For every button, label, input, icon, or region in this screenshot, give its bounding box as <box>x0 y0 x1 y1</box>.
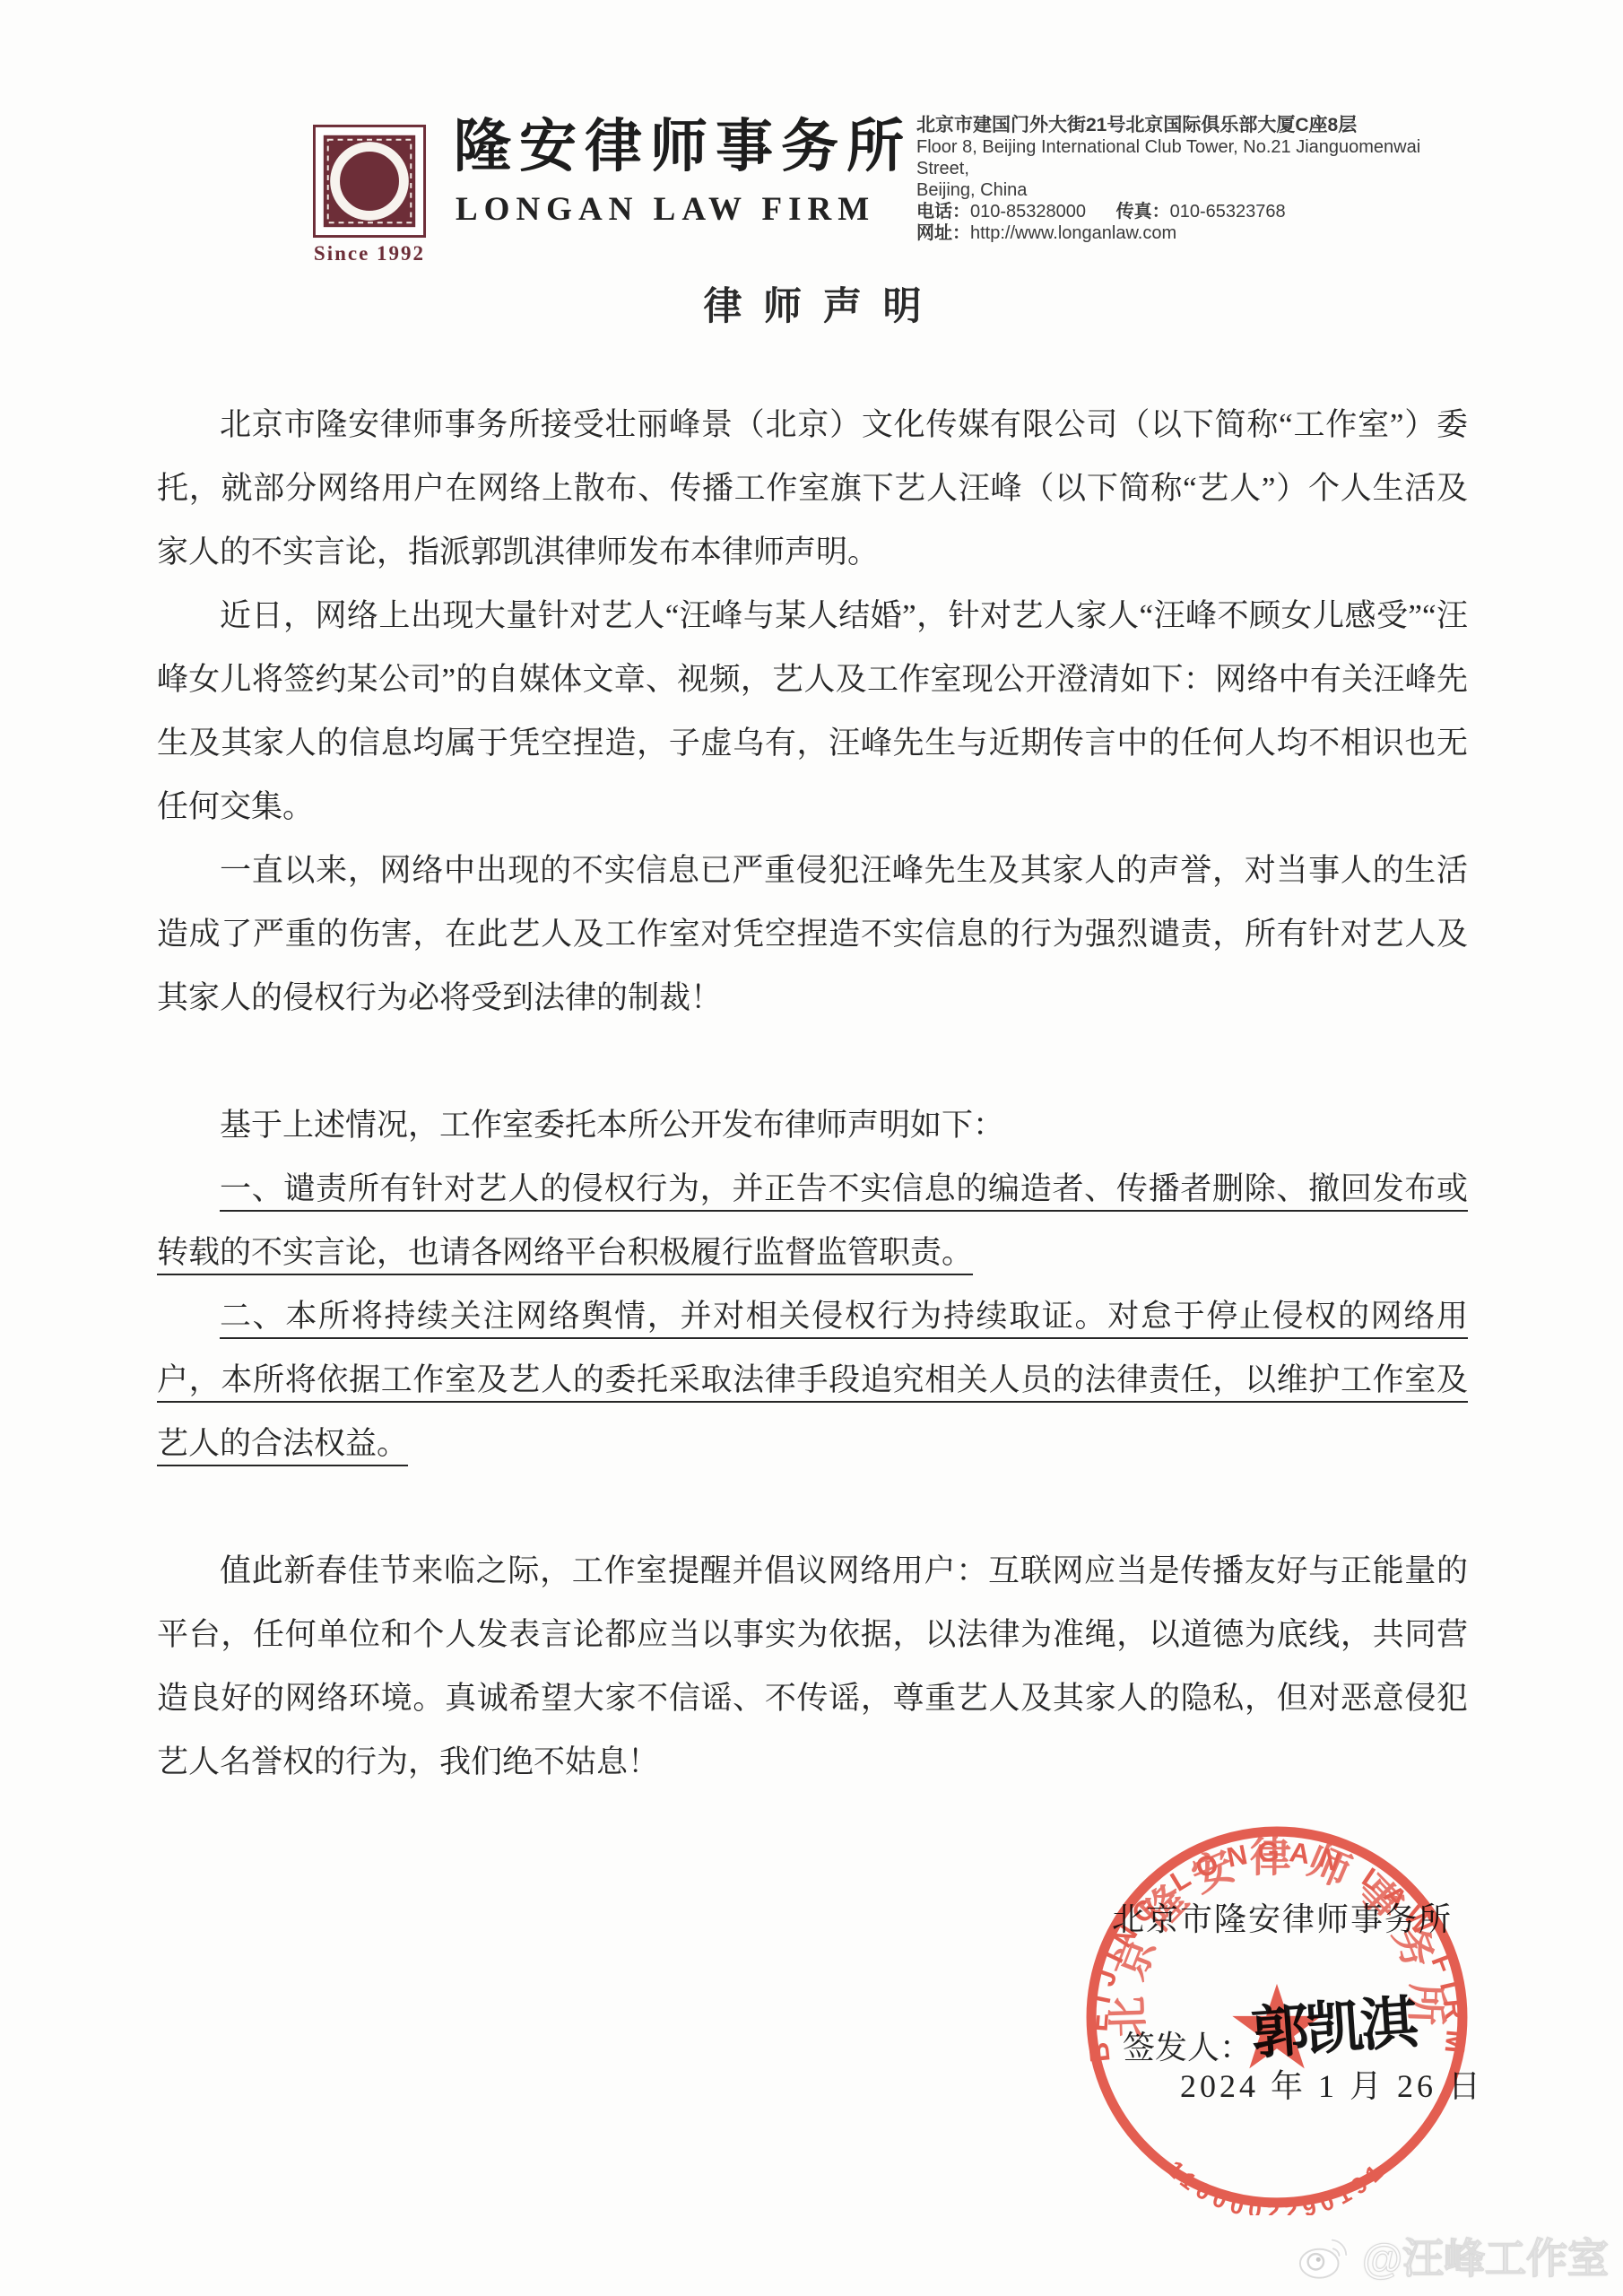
website-label: 网址： <box>916 223 970 243</box>
firm-logo-icon <box>312 124 427 239</box>
logo-since-text: Since 1992 <box>289 242 450 265</box>
weibo-icon <box>1298 2228 1353 2283</box>
address-english-line1: Floor 8, Beijing International Club Towe… <box>916 136 1454 179</box>
paragraph: 近日，网络上出现大量针对艺人“汪峰与某人结婚”，针对艺人家人“汪峰不顾女儿感受”… <box>157 584 1468 839</box>
signature-date: 2024 年 1 月 26 日 <box>1180 2061 1484 2107</box>
svg-text:1100002290191: 1100002290191 <box>1161 2155 1392 2215</box>
fax-label: 传真： <box>1116 202 1170 222</box>
issuer-handwritten-signature: 郭凯淇 <box>1248 1977 1418 2071</box>
website-line: 网址：http://www.longanlaw.com <box>916 222 1454 244</box>
phone-number: 010-85328000 <box>970 202 1086 222</box>
paragraph: 一、谴责所有针对艺人的侵权行为，并正告不实信息的编造者、传播者删除、撤回发布或转… <box>157 1157 1468 1284</box>
document-page: Since 1992 隆安律师事务所 LONGAN LAW FIRM 北京市建国… <box>0 0 1623 2296</box>
paragraph: 值此新春佳节来临之际，工作室提醒并倡议网络用户：互联网应当是传播友好与正能量的平… <box>157 1539 1468 1794</box>
paragraph: 基于上述情况，工作室委托本所公开发布律师声明如下： <box>157 1093 1468 1157</box>
paragraph: 一直以来，网络中出现的不实信息已严重侵犯汪峰先生及其家人的声誉，对当事人的生活造… <box>157 839 1468 1030</box>
firm-name-english: LONGAN LAW FIRM <box>456 190 875 229</box>
watermark-handle: @汪峰工作室 <box>1362 2226 1609 2285</box>
website-url: http://www.longanlaw.com <box>970 223 1176 243</box>
paragraph: 二、本所将持续关注网络舆情，并对相关侵权行为持续取证。对怠于停止侵权的网络用户，… <box>157 1284 1468 1475</box>
document-body: 北京市隆安律师事务所接受壮丽峰景（北京）文化传媒有限公司（以下简称“工作室”）委… <box>157 393 1468 1794</box>
paragraph: 北京市隆安律师事务所接受壮丽峰景（北京）文化传媒有限公司（以下简称“工作室”）委… <box>157 393 1468 584</box>
page-title: 律师声明 <box>157 276 1468 331</box>
address-english-line2: Beijing, China <box>916 179 1454 201</box>
firm-name-chinese: 隆安律师事务所 <box>454 100 920 183</box>
phone-label: 电话： <box>916 202 970 222</box>
signature-firm-name: 北京市隆安律师事务所 <box>1112 1894 1453 1940</box>
issuer-label: 签发人： <box>1123 2030 1252 2066</box>
firm-logo: Since 1992 <box>289 124 450 265</box>
fax-number: 010-65323768 <box>1170 202 1286 222</box>
address-chinese: 北京市建国门外大街21号北京国际俱乐部大厦C座8层 <box>916 115 1454 136</box>
contact-block: 北京市建国门外大街21号北京国际俱乐部大厦C座8层 Floor 8, Beiji… <box>916 115 1454 244</box>
weibo-watermark: @汪峰工作室 <box>1298 2226 1609 2285</box>
phone-fax-line: 电话：010-85328000 传真：010-65323768 <box>916 201 1454 222</box>
